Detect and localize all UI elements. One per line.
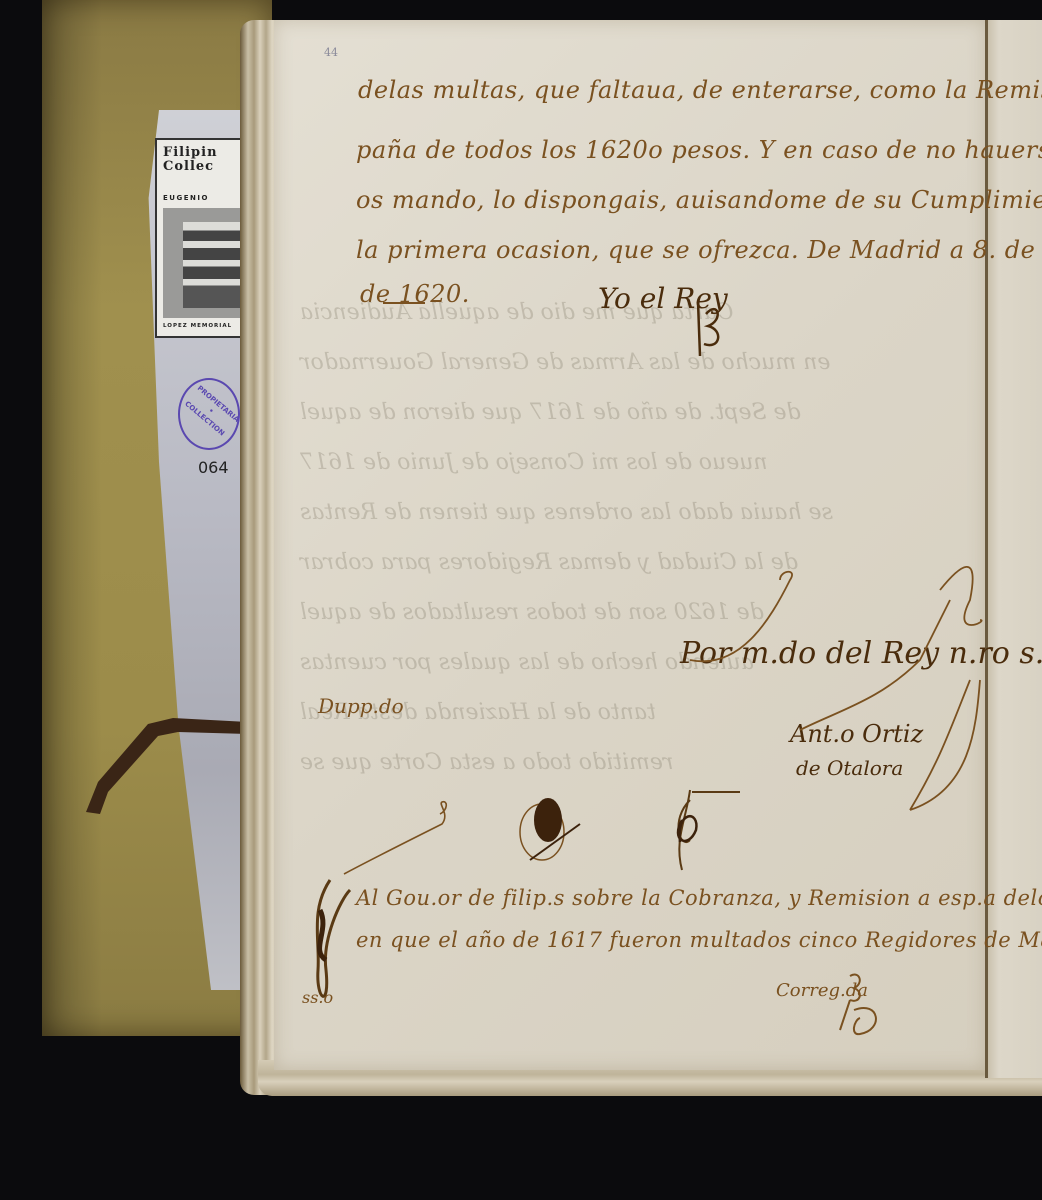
body-line-4: la primera ocasion, que se ofrezca. De M… <box>356 236 1042 264</box>
cover-fold-shadow <box>42 0 102 1036</box>
summary-line-2: en que el año de 1617 fueron multados ci… <box>356 928 1042 952</box>
bookplate-line-1: Filipin <box>163 145 218 160</box>
show-through-text: en mucho de las Armas de General Gouerna… <box>300 350 830 375</box>
show-through-text: se hauia dado las ordenes que tienen de … <box>300 500 833 525</box>
body-line-1: delas multas, que faltaua, de enterarse,… <box>358 76 1042 104</box>
folio-number: 44 <box>324 46 338 59</box>
show-through-text: de Sept. de año de 1617 que dieron de aq… <box>300 400 801 425</box>
bookplate: FilipinCollec EUGENIO LOPEZ MEMORIAL <box>155 138 245 338</box>
shelf-number: 064 <box>198 458 229 477</box>
ribbon-tie <box>78 712 248 822</box>
summary-line-1: Al Gou.or de filip.s sobre la Cobranza, … <box>356 886 1042 910</box>
manuscript-page <box>274 20 986 1070</box>
show-through-text: nueuo de los mi Consejo de Junio de 1617 <box>300 450 768 475</box>
bookplate-footer: LOPEZ MEMORIAL <box>163 323 232 329</box>
page-gutter <box>985 20 988 1078</box>
building-icon <box>183 222 243 308</box>
correction-rubric-icon <box>820 970 890 1040</box>
body-line-3: os mando, lo dispongais, auisandome de s… <box>356 186 1042 214</box>
left-margin-mark: ss.o <box>302 988 333 1007</box>
date-underline <box>383 302 425 304</box>
bookplate-line-2: Collec <box>163 159 214 174</box>
facing-page <box>988 20 1042 1078</box>
body-line-2: paña de todos los 1620o pesos. Y en caso… <box>356 136 1042 164</box>
bookplate-name: EUGENIO <box>163 194 209 202</box>
royal-rubric-icon <box>690 300 730 360</box>
show-through-text: remitido todo a esta Corte que se <box>300 750 673 775</box>
margin-note-duplicate: Dupp.do <box>318 694 404 718</box>
council-rubrics-icon <box>330 780 750 890</box>
